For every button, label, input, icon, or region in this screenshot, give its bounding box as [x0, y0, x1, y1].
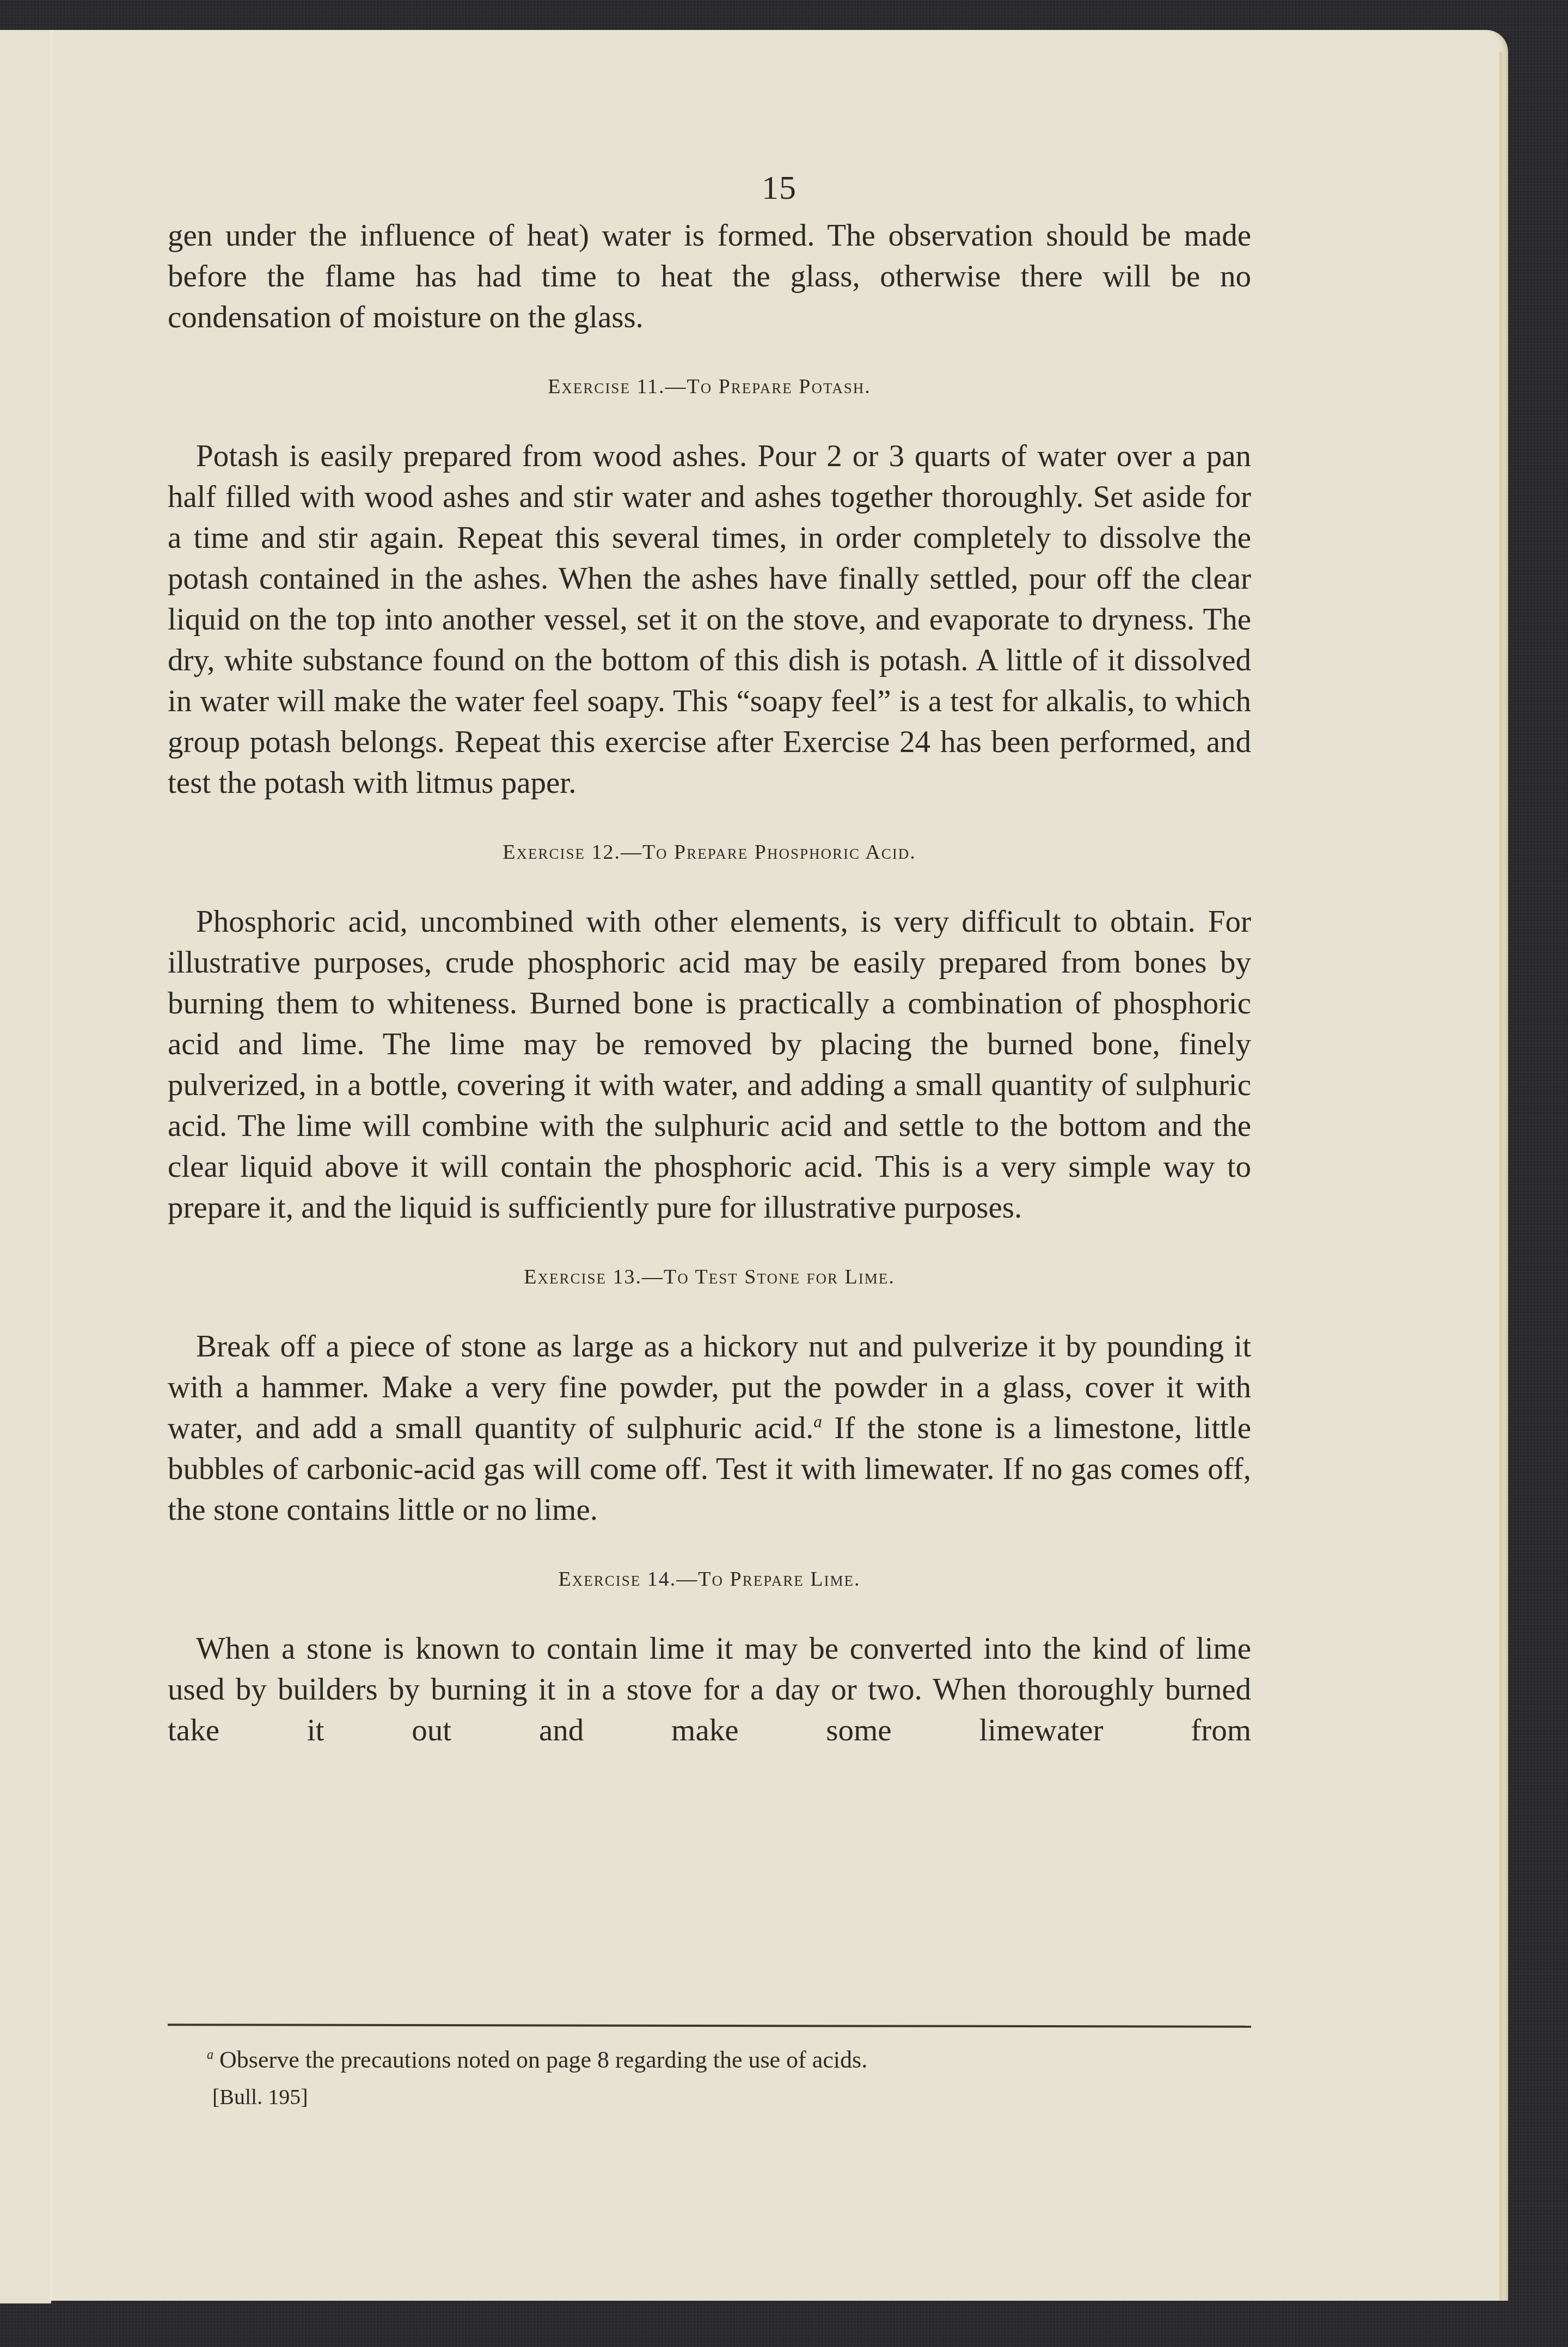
- section-heading-exercise-11: Exercise 11.—To Prepare Potash.: [168, 370, 1251, 403]
- text-column: gen under the influence of heat) water i…: [168, 215, 1251, 1751]
- section-heading-exercise-12: Exercise 12.—To Prepare Phosphoric Acid.: [168, 836, 1251, 869]
- section-heading-exercise-13: Exercise 13.—To Test Stone for Lime.: [168, 1261, 1251, 1293]
- section-body-exercise-13: Break off a piece of stone as large as a…: [168, 1326, 1251, 1530]
- section-heading-exercise-14: Exercise 14.—To Prepare Lime.: [168, 1563, 1251, 1596]
- footnote-text: Observe the precautions noted on page 8 …: [219, 2046, 867, 2073]
- footnote-marker: a: [207, 2047, 213, 2062]
- intro-paragraph: gen under the influence of heat) water i…: [168, 215, 1251, 338]
- footnote-reference[interactable]: a: [813, 1412, 822, 1431]
- footnote: a Observe the precautions noted on page …: [207, 2045, 867, 2075]
- section-body-exercise-11: Potash is easily prepared from wood ashe…: [168, 436, 1251, 803]
- facing-page-edge: [0, 30, 51, 2303]
- bulletin-reference: [Bull. 195]: [212, 2083, 308, 2111]
- section-body-exercise-14: When a stone is known to contain lime it…: [168, 1628, 1251, 1751]
- section-body-exercise-12: Phosphoric acid, uncombined with other e…: [168, 901, 1251, 1228]
- page-number: 15: [50, 169, 1508, 207]
